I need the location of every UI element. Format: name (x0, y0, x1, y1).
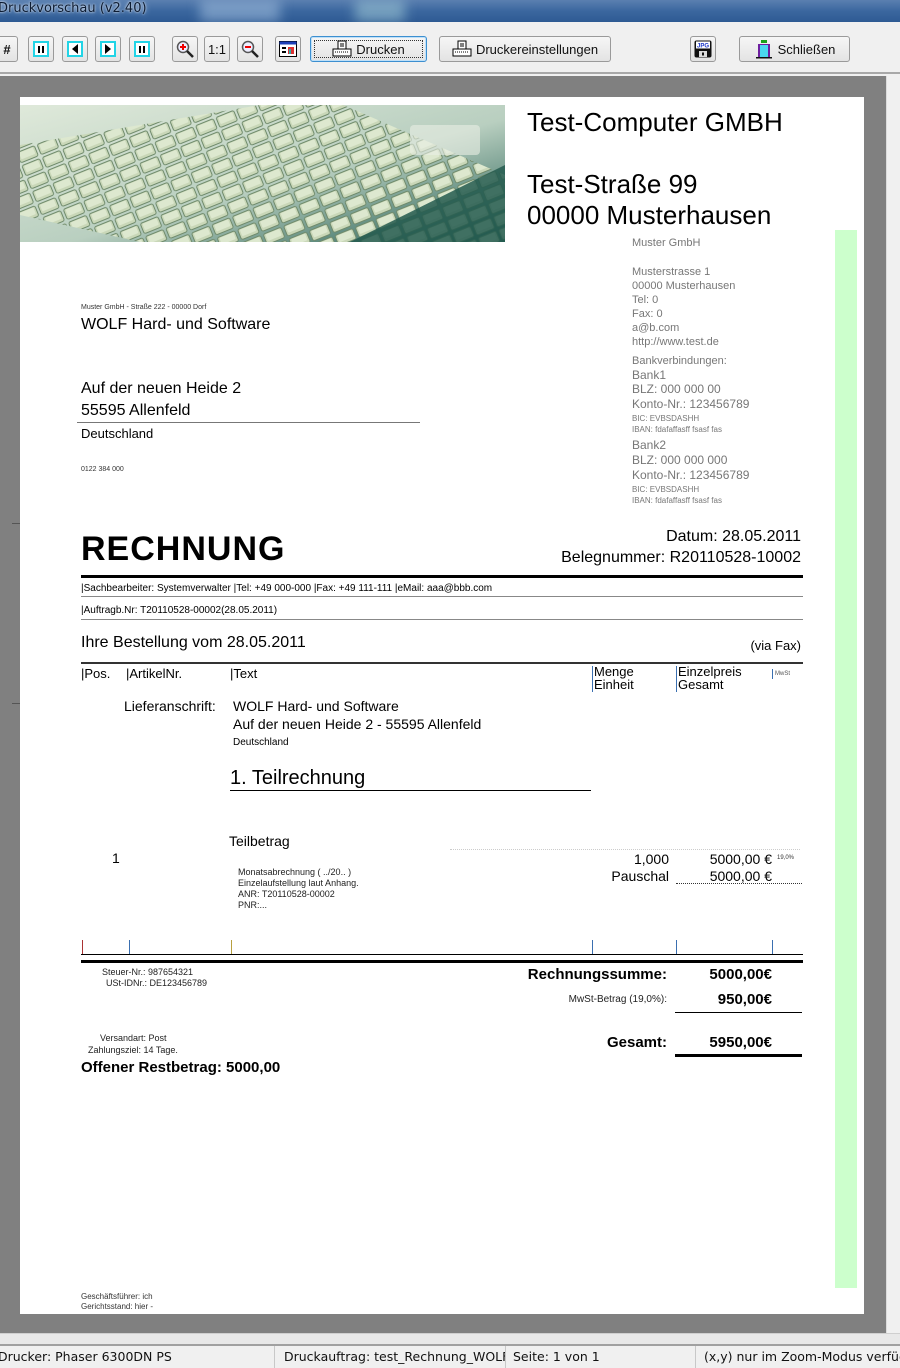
col-article: |ArtikelNr. (126, 666, 182, 681)
document-title: RECHNUNG (81, 530, 285, 569)
item-desc-line: ANR: T20110528-00002 (238, 889, 335, 899)
bank1-bic: BIC: EVBSDASHH (632, 414, 699, 423)
document-date: Datum: 28.05.2011 (666, 528, 801, 546)
bank1-iban: IBAN: fdafaffasff fsasf fas (632, 425, 722, 434)
keyboard-image (20, 105, 505, 242)
col-unit: Einheit (594, 679, 634, 691)
title-glow (355, 0, 405, 22)
shipping-method: Versandart: Post (100, 1033, 167, 1043)
item-unit-price: 5000,00 € (710, 851, 772, 867)
document-number: Belegnummer: R20110528-10002 (561, 549, 801, 567)
footer-line: Gerichtsstand: hier - (81, 1302, 153, 1311)
clerk-info: |Sachbearbeiter: Systemverwalter |Tel: +… (81, 583, 492, 594)
bank2-blz: BLZ: 000 000 000 (632, 453, 727, 467)
col-total: Gesamt (678, 679, 724, 691)
company-city: 00000 Musterhausen (527, 200, 771, 231)
recipient-street: Auf der neuen Heide 2 (81, 380, 241, 398)
window-title: Druckvorschau (v2.40) (0, 1, 147, 16)
first-page-icon (33, 41, 49, 57)
status-printer: Drucker: Phaser 6300DN PS (0, 1349, 268, 1364)
zoom-in-icon (175, 39, 195, 59)
previous-page-icon (67, 41, 83, 57)
delivery-label: Lieferanschrift: (124, 698, 216, 714)
next-page-button[interactable] (95, 36, 121, 62)
bank2-konto: Konto-Nr.: 123456789 (632, 468, 749, 482)
page-layout-button[interactable] (275, 36, 301, 62)
sender-email: a@b.com (632, 321, 679, 335)
printer-icon (452, 40, 472, 58)
toolbar: # 1:1 (0, 22, 900, 74)
zoom-out-icon (240, 39, 260, 59)
close-button[interactable]: Schließen (739, 36, 850, 62)
tax-number: Steuer-Nr.: 987654321 (102, 967, 193, 977)
partial-invoice-underline (230, 790, 591, 791)
partial-invoice-heading: 1. Teilrechnung (230, 767, 365, 790)
return-address: Muster GmbH - Straße 222 - 00000 Dorf (81, 304, 206, 311)
recipient-name: WOLF Hard- und Software (81, 316, 270, 334)
next-page-icon (100, 41, 116, 57)
last-page-button[interactable] (129, 36, 155, 62)
grand-total-value: 5950,00€ (709, 1034, 772, 1051)
status-job: Druckauftrag: test_Rechnung_WOLF (284, 1349, 506, 1364)
page-margin-highlight (835, 230, 857, 1288)
table-bottom-rule (81, 960, 803, 963)
hash-icon: # (3, 42, 10, 57)
delivery-address: Auf der neuen Heide 2 - 55595 Allenfeld (233, 716, 481, 732)
printer-settings-button[interactable]: Druckereinstellungen (439, 36, 611, 62)
vertical-scrollbar[interactable] (886, 76, 900, 1333)
grand-total-label: Gesamt: (607, 1034, 667, 1051)
vat-amount-value: 950,00€ (718, 991, 772, 1008)
vat-id: USt-IDNr.: DE123456789 (106, 978, 207, 988)
order-via: (via Fax) (750, 638, 801, 653)
page-layout-icon (279, 41, 297, 57)
item-unit: Pauschal (611, 868, 669, 884)
item-total: 5000,00 € (710, 868, 772, 884)
col-pos: |Pos. (81, 666, 110, 681)
company-name: Test-Computer GMBH (527, 107, 783, 138)
item-desc-line: Einzelaufstellung laut Anhang. (238, 878, 359, 888)
bank2-bic: BIC: EVBSDASHH (632, 485, 699, 494)
bank1-konto: Konto-Nr.: 123456789 (632, 397, 749, 411)
status-coords: (x,y) nur im Zoom-Modus verfügbar (704, 1349, 900, 1364)
item-title: Teilbetrag (229, 833, 290, 849)
recipient-country: Deutschland (81, 426, 153, 441)
invoice-sum-value: 5000,00€ (709, 966, 772, 983)
item-desc-line: Monatsabrechnung ( ../20.. ) (238, 867, 351, 877)
bank2-name: Bank2 (632, 438, 666, 452)
recipient-city: 55595 Allenfeld (81, 402, 190, 420)
save-jpg-button[interactable]: JPG (690, 36, 716, 62)
print-button[interactable]: Drucken (310, 36, 427, 62)
vat-amount-label: MwSt-Betrag (19,0%): (569, 994, 667, 1005)
recipient-phone: 0122 384 000 (81, 466, 124, 473)
last-page-icon (134, 41, 150, 57)
col-vat: MwSt (775, 671, 790, 677)
order-divider (81, 619, 803, 620)
previous-page-button[interactable] (62, 36, 88, 62)
item-vat: 19,0% (777, 855, 794, 861)
zoom-actual-size-button[interactable]: 1:1 (204, 36, 230, 62)
title-divider (81, 575, 803, 578)
save-jpg-icon: JPG (694, 40, 712, 58)
status-page: Seite: 1 von 1 (513, 1349, 693, 1364)
title-glow (200, 0, 280, 22)
footer-line: Geschäftsführer: ich (81, 1292, 153, 1301)
bank1-blz: BLZ: 000 000 00 (632, 382, 721, 396)
invoice-sum-label: Rechnungssumme: (528, 966, 667, 983)
actual-size-label: 1:1 (208, 42, 226, 57)
item-qty: 1,000 (634, 851, 669, 867)
zoom-in-button[interactable] (172, 36, 198, 62)
address-divider (77, 422, 420, 423)
horizontal-scrollbar[interactable] (0, 1333, 900, 1346)
exit-door-icon (754, 39, 774, 59)
keyboard-photo (20, 105, 505, 242)
order-reference: Ihre Bestellung vom 28.05.2011 (81, 634, 306, 652)
col-text: |Text (230, 666, 257, 681)
table-bottom-line (81, 954, 803, 955)
sender-street: Musterstrasse 1 (632, 265, 710, 279)
document-page: Test-Computer GMBH Test-Straße 99 00000 … (20, 97, 864, 1314)
sender-name: Muster GmbH (632, 236, 700, 250)
company-street: Test-Straße 99 (527, 169, 698, 200)
close-label: Schließen (778, 42, 836, 57)
printer-settings-label: Druckereinstellungen (476, 42, 598, 57)
sender-tel: Tel: 0 (632, 293, 658, 307)
zoom-out-button[interactable] (237, 36, 263, 62)
sender-web: http://www.test.de (632, 335, 719, 349)
order-number: |Auftragb.Nr: T20110528-00002(28.05.2011… (81, 605, 277, 616)
bank1-name: Bank1 (632, 368, 666, 382)
item-pos: 1 (112, 850, 120, 866)
open-balance: Offener Restbetrag: 5000,00 (81, 1059, 280, 1076)
title-bar: Druckvorschau (v2.40) (0, 0, 900, 22)
clerk-divider (81, 596, 803, 597)
payment-terms: Zahlungsziel: 14 Tage. (88, 1045, 178, 1055)
sender-fax: Fax: 0 (632, 307, 663, 321)
delivery-country: Deutschland (233, 737, 289, 748)
delivery-name: WOLF Hard- und Software (233, 698, 399, 714)
page-number-button[interactable]: # (0, 36, 18, 62)
bank-heading: Bankverbindungen: (632, 354, 727, 368)
bank2-iban: IBAN: fdafaffasff fsasf fas (632, 496, 722, 505)
status-bar: Drucker: Phaser 6300DN PS Druckauftrag: … (0, 1346, 900, 1368)
item-desc-line: PNR:... (238, 900, 267, 910)
first-page-button[interactable] (28, 36, 54, 62)
svg-text:JPG: JPG (697, 44, 709, 50)
sender-city: 00000 Musterhausen (632, 279, 735, 293)
